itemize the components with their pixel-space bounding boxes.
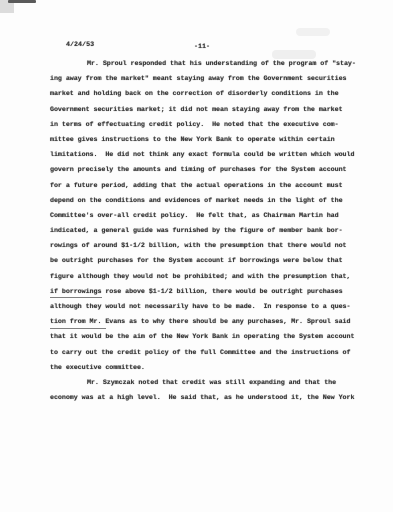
document-line: for a future period, adding that the act… — [50, 179, 380, 194]
underline-mark — [50, 328, 106, 329]
document-line: be outright purchases for the System acc… — [50, 254, 380, 269]
document-line: limitations. He did not think any exact … — [50, 148, 380, 163]
underline-mark — [50, 297, 102, 298]
document-body: Mr. Sproul responded that his understand… — [50, 57, 380, 406]
document-line: economy was at a high level. He said tha… — [50, 391, 380, 406]
scanner-edge-mark — [8, 0, 36, 3]
document-line: to carry out the credit policy of the fu… — [50, 346, 380, 361]
document-line: Committee's over-all credit policy. He f… — [50, 209, 380, 224]
scanned-document-page: 4/24/53 -11- Mr. Sproul responded that h… — [0, 0, 393, 512]
document-line: Mr. Sproul responded that his understand… — [50, 57, 380, 72]
document-line: that it would be the aim of the New York… — [50, 330, 380, 345]
document-line: rowings of around $1-1/2 billion, with t… — [50, 239, 380, 254]
page-number: -11- — [194, 43, 210, 51]
document-line: mittee gives instructions to the New Yor… — [50, 133, 380, 148]
document-line: although they would not necessarily have… — [50, 300, 380, 315]
document-line: govern precisely the amounts and timing … — [50, 163, 380, 178]
document-line: the executive committee. — [50, 361, 380, 376]
document-line: Government securities market; it did not… — [50, 103, 380, 118]
scan-smudge — [296, 28, 330, 36]
document-line: indicated, a general guide was furnished… — [50, 224, 380, 239]
document-line: ing away from the market" meant staying … — [50, 72, 380, 87]
document-line: Mr. Szymczak noted that credit was still… — [50, 376, 380, 391]
document-line: market and holding back on the correctio… — [50, 87, 380, 102]
document-line: depend on the conditions and evidences o… — [50, 194, 380, 209]
document-line: figure although they would not be prohib… — [50, 270, 380, 285]
date-stamp: 4/24/53 — [66, 41, 94, 49]
document-line: in terms of effectuating credit policy. … — [50, 118, 380, 133]
